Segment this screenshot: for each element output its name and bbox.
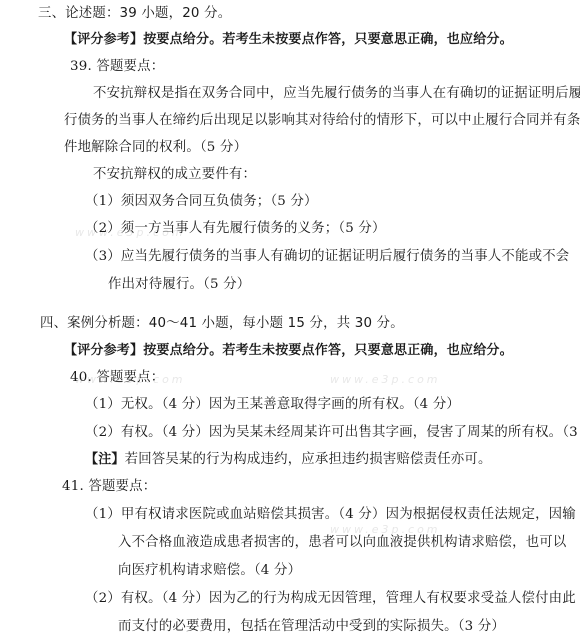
note-label: 【注】: [85, 452, 125, 467]
scoring-reference-text: 按要点给分。若考生未按要点作答，只要意思正确，也应给分。: [143, 343, 513, 358]
scoring-reference: 【评分参考】按要点给分。若考生未按要点作答，只要意思正确，也应给分。: [64, 342, 513, 360]
paragraph-line: 件地解除合同的权利。（5 分）: [64, 139, 247, 157]
scoring-reference-label: 【评分参考】: [64, 32, 143, 47]
scoring-reference-label: 【评分参考】: [64, 343, 143, 358]
list-item-continuation: 作出对待履行。（5 分）: [108, 276, 250, 294]
section-heading: 四、案例分析题：40～41 小题，每小题 15 分，共 30 分。: [40, 315, 404, 333]
note: 【注】若回答吴某的行为构成违约，应承担违约损害赔偿责任亦可。: [85, 451, 492, 469]
list-item-continuation: 向医疗机构请求赔偿。（4 分）: [118, 562, 301, 580]
list-item: （2）须一方当事人有先履行债务的义务；（5 分）: [85, 220, 386, 238]
list-item: （2）有权。（4 分）因为乙的行为构成无因管理，管理人有权要求受益人偿付由此: [85, 590, 576, 608]
question-title: 41. 答题要点：: [62, 478, 156, 496]
scoring-reference-text: 按要点给分。若考生未按要点作答，只要意思正确，也应给分。: [143, 32, 513, 47]
question-title: 40. 答题要点：: [70, 369, 164, 387]
section-heading: 三、论述题：39 小题，20 分。: [38, 5, 231, 23]
paragraph-line: 行债务的当事人在缔约后出现足以影响其对待给付的情形下，可以中止履行合同并有条: [64, 112, 580, 130]
list-item: （1）甲有权请求医院或血站赔偿其损害。（4 分）因为根据侵权责任法规定，因输: [85, 506, 576, 524]
list-item: （1）须因双务合同互负债务；（5 分）: [85, 193, 318, 211]
paragraph-line: 不安抗辩权是指在双务合同中，应当先履行债务的当事人在有确切的证据证明后履: [93, 85, 580, 103]
note-text: 若回答吴某的行为构成违约，应承担违约损害赔偿责任亦可。: [125, 452, 492, 467]
scoring-reference: 【评分参考】按要点给分。若考生未按要点作答，只要意思正确，也应给分。: [64, 31, 513, 49]
list-item-continuation: 而支付的必要费用，包括在管理活动中受到的实际损失。（3 分）: [118, 618, 505, 636]
question-title: 39. 答题要点：: [70, 58, 164, 76]
list-item: （1）无权。（4 分）因为王某善意取得字画的所有权。（4 分）: [85, 396, 460, 414]
list-item: （3）应当先履行债务的当事人有确切的证据证明后履行债务的当事人不能或不会: [85, 248, 569, 266]
watermark: www.e3p.com: [330, 373, 441, 386]
list-item-continuation: 入不合格血液造成患者损害的，患者可以向血液提供机构请求赔偿，也可以: [118, 534, 567, 552]
list-item: （2）有权。（4 分）因为吴某未经周某许可出售其字画，侵害了周某的所有权。（3 …: [85, 424, 580, 442]
paragraph-line: 不安抗辩权的成立要件有：: [93, 166, 256, 184]
